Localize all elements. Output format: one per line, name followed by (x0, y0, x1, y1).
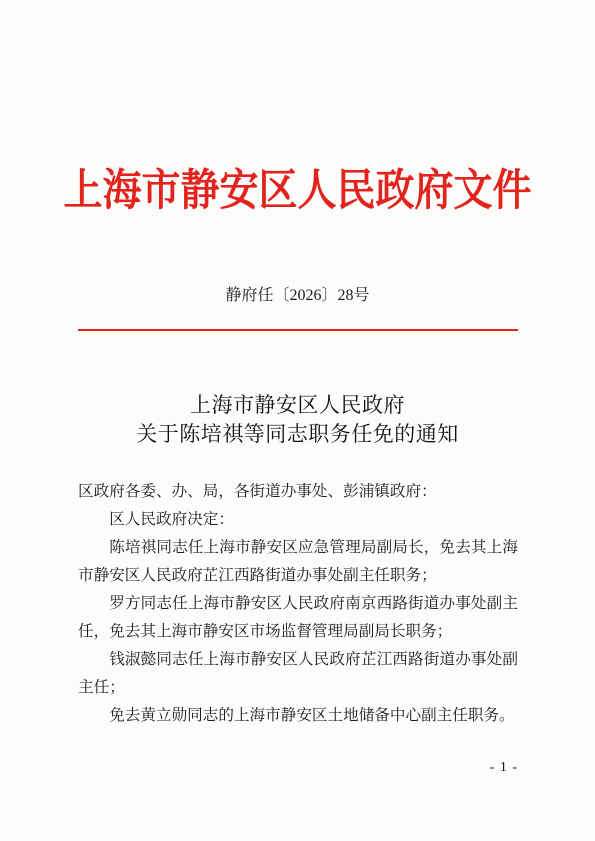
document-title-line2: 关于陈培祺等同志职务任免的通知 (0, 420, 595, 449)
document-title: 上海市静安区人民政府 关于陈培祺等同志职务任免的通知 (0, 391, 595, 449)
document-page: 上海市静安区人民政府文件 静府任〔2026〕28号 上海市静安区人民政府 关于陈… (0, 0, 595, 841)
document-body: 区政府各委、办、局，各街道办事处、彭浦镇政府：区人民政府决定：陈培祺同志任上海市… (78, 478, 518, 730)
document-number: 静府任〔2026〕28号 (0, 285, 595, 307)
page-number: - 1 - (490, 760, 518, 776)
body-paragraph: 免去黄立勋同志的上海市静安区土地储备中心副主任职务。 (78, 702, 518, 730)
body-paragraph: 陈培祺同志任上海市静安区应急管理局副局长，免去其上海市静安区人民政府芷江西路街道… (78, 534, 518, 590)
red-divider-line (78, 329, 518, 331)
body-paragraph: 区人民政府决定： (78, 506, 518, 534)
body-paragraph: 区政府各委、办、局，各街道办事处、彭浦镇政府： (78, 478, 518, 506)
body-paragraph: 罗方同志任上海市静安区人民政府南京西路街道办事处副主任，免去其上海市静安区市场监… (78, 590, 518, 646)
government-masthead: 上海市静安区人民政府文件 (0, 166, 595, 218)
document-title-line1: 上海市静安区人民政府 (0, 391, 595, 420)
body-paragraph: 钱淑懿同志任上海市静安区人民政府芷江西路街道办事处副主任； (78, 646, 518, 702)
